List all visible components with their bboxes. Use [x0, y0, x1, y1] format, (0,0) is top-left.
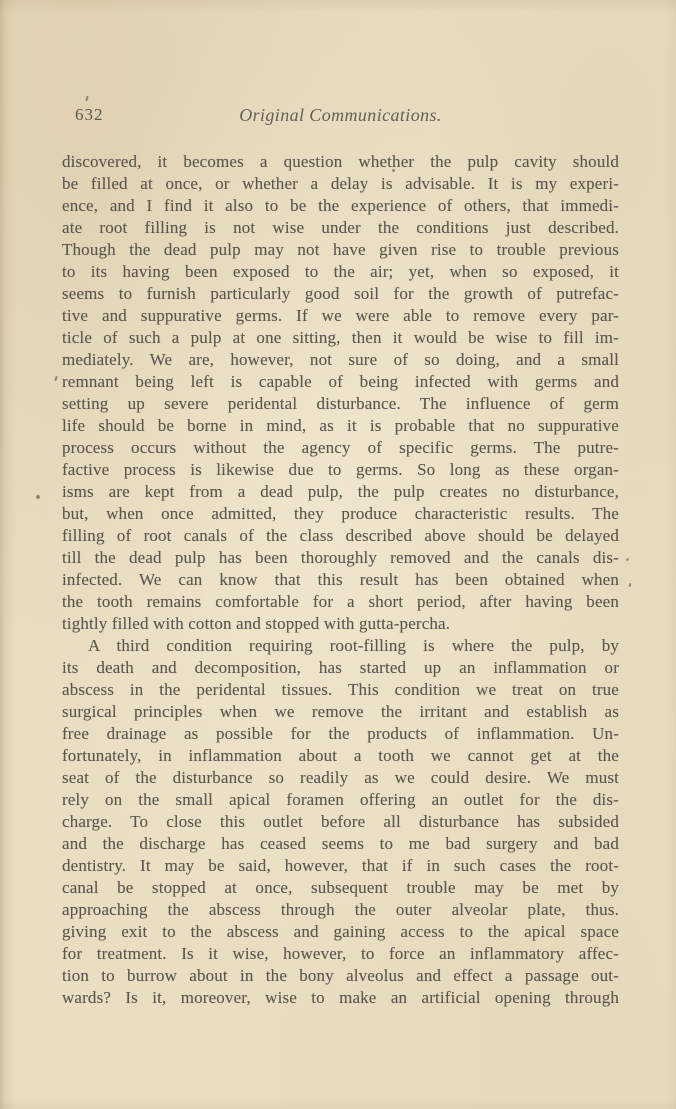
text-line: dentistry. It may be said, however, that…: [62, 855, 619, 877]
text-line: its death and decomposition, has started…: [62, 657, 619, 679]
text-line: the tooth remains comfortable for a shor…: [62, 591, 619, 613]
ink-speck: [36, 495, 40, 499]
text-line: mediately. We are, however, not sure of …: [62, 349, 619, 371]
text-line: be filled at once, or whether a delay is…: [62, 173, 619, 195]
text-line: for treatment. Is it wise, however, to f…: [62, 943, 619, 965]
text-line: giving exit to the abscess and gaining a…: [62, 921, 619, 943]
text-line: ticle of such a pulp at one sitting, the…: [62, 327, 619, 349]
text-line: wards? Is it, moreover, wise to make an …: [62, 987, 619, 1009]
text-line: free drainage as possible for the produc…: [62, 723, 619, 745]
ink-speck: [628, 583, 631, 587]
text-line: A third condition requiring root-filling…: [62, 635, 619, 657]
text-line: and the discharge has ceased seems to me…: [62, 833, 619, 855]
text-line: Though the dead pulp may not have given …: [62, 239, 619, 261]
text-line: factive process is likewise due to germs…: [62, 459, 619, 481]
text-line: canal be stopped at once, subsequent tro…: [62, 877, 619, 899]
text-line: fortunately, in inflammation about a too…: [62, 745, 619, 767]
ink-speck: [54, 376, 57, 381]
text-line: infected. We can know that this result h…: [62, 569, 619, 591]
ink-speck: [392, 169, 395, 172]
text-line: abscess in the peridental tissues. This …: [62, 679, 619, 701]
text-line: but, when once admitted, they produce ch…: [62, 503, 619, 525]
text-line: seems to furnish particularly good soil …: [62, 283, 619, 305]
text-line: tion to burrow about in the bony alveolu…: [62, 965, 619, 987]
text-line: charge. To close this outlet before all …: [62, 811, 619, 833]
text-line: till the dead pulp has been thoroughly r…: [62, 547, 619, 569]
text-line: life should be borne in mind, as it is p…: [62, 415, 619, 437]
text-line: to its having been exposed to the air; y…: [62, 261, 619, 283]
text-line: approaching the abscess through the oute…: [62, 899, 619, 921]
text-line: isms are kept from a dead pulp, the pulp…: [62, 481, 619, 503]
text-line: seat of the disturbance so readily as we…: [62, 767, 619, 789]
text-line: remnant being left is capable of being i…: [62, 371, 619, 393]
text-line: process occurs without the agency of spe…: [62, 437, 619, 459]
ink-speck: [85, 96, 88, 101]
text-line: tive and suppurative germs. If we were a…: [62, 305, 619, 327]
text-line: ate root filling is not wise under the c…: [62, 217, 619, 239]
text-line: filling of root canals of the class desc…: [62, 525, 619, 547]
text-line: tightly filled with cotton and stopped w…: [62, 613, 619, 635]
ink-speck: [626, 558, 629, 561]
text-line: surgical principles when we remove the i…: [62, 701, 619, 723]
text-column: discovered, it becomes a question whethe…: [62, 151, 619, 1009]
paragraph: discovered, it becomes a question whethe…: [62, 151, 619, 635]
running-head: 632 Original Communications.: [62, 105, 619, 129]
text-line: ence, and I find it also to be the exper…: [62, 195, 619, 217]
text-line: rely on the small apical foramen offerin…: [62, 789, 619, 811]
page-number: 632: [75, 105, 104, 125]
text-line: setting up severe peridental disturbance…: [62, 393, 619, 415]
running-title: Original Communications.: [62, 105, 619, 126]
scanned-book-page: 632 Original Communications. discovered,…: [0, 0, 676, 1109]
text-line: discovered, it becomes a question whethe…: [62, 151, 619, 173]
paragraph: A third condition requiring root-filling…: [62, 635, 619, 1009]
